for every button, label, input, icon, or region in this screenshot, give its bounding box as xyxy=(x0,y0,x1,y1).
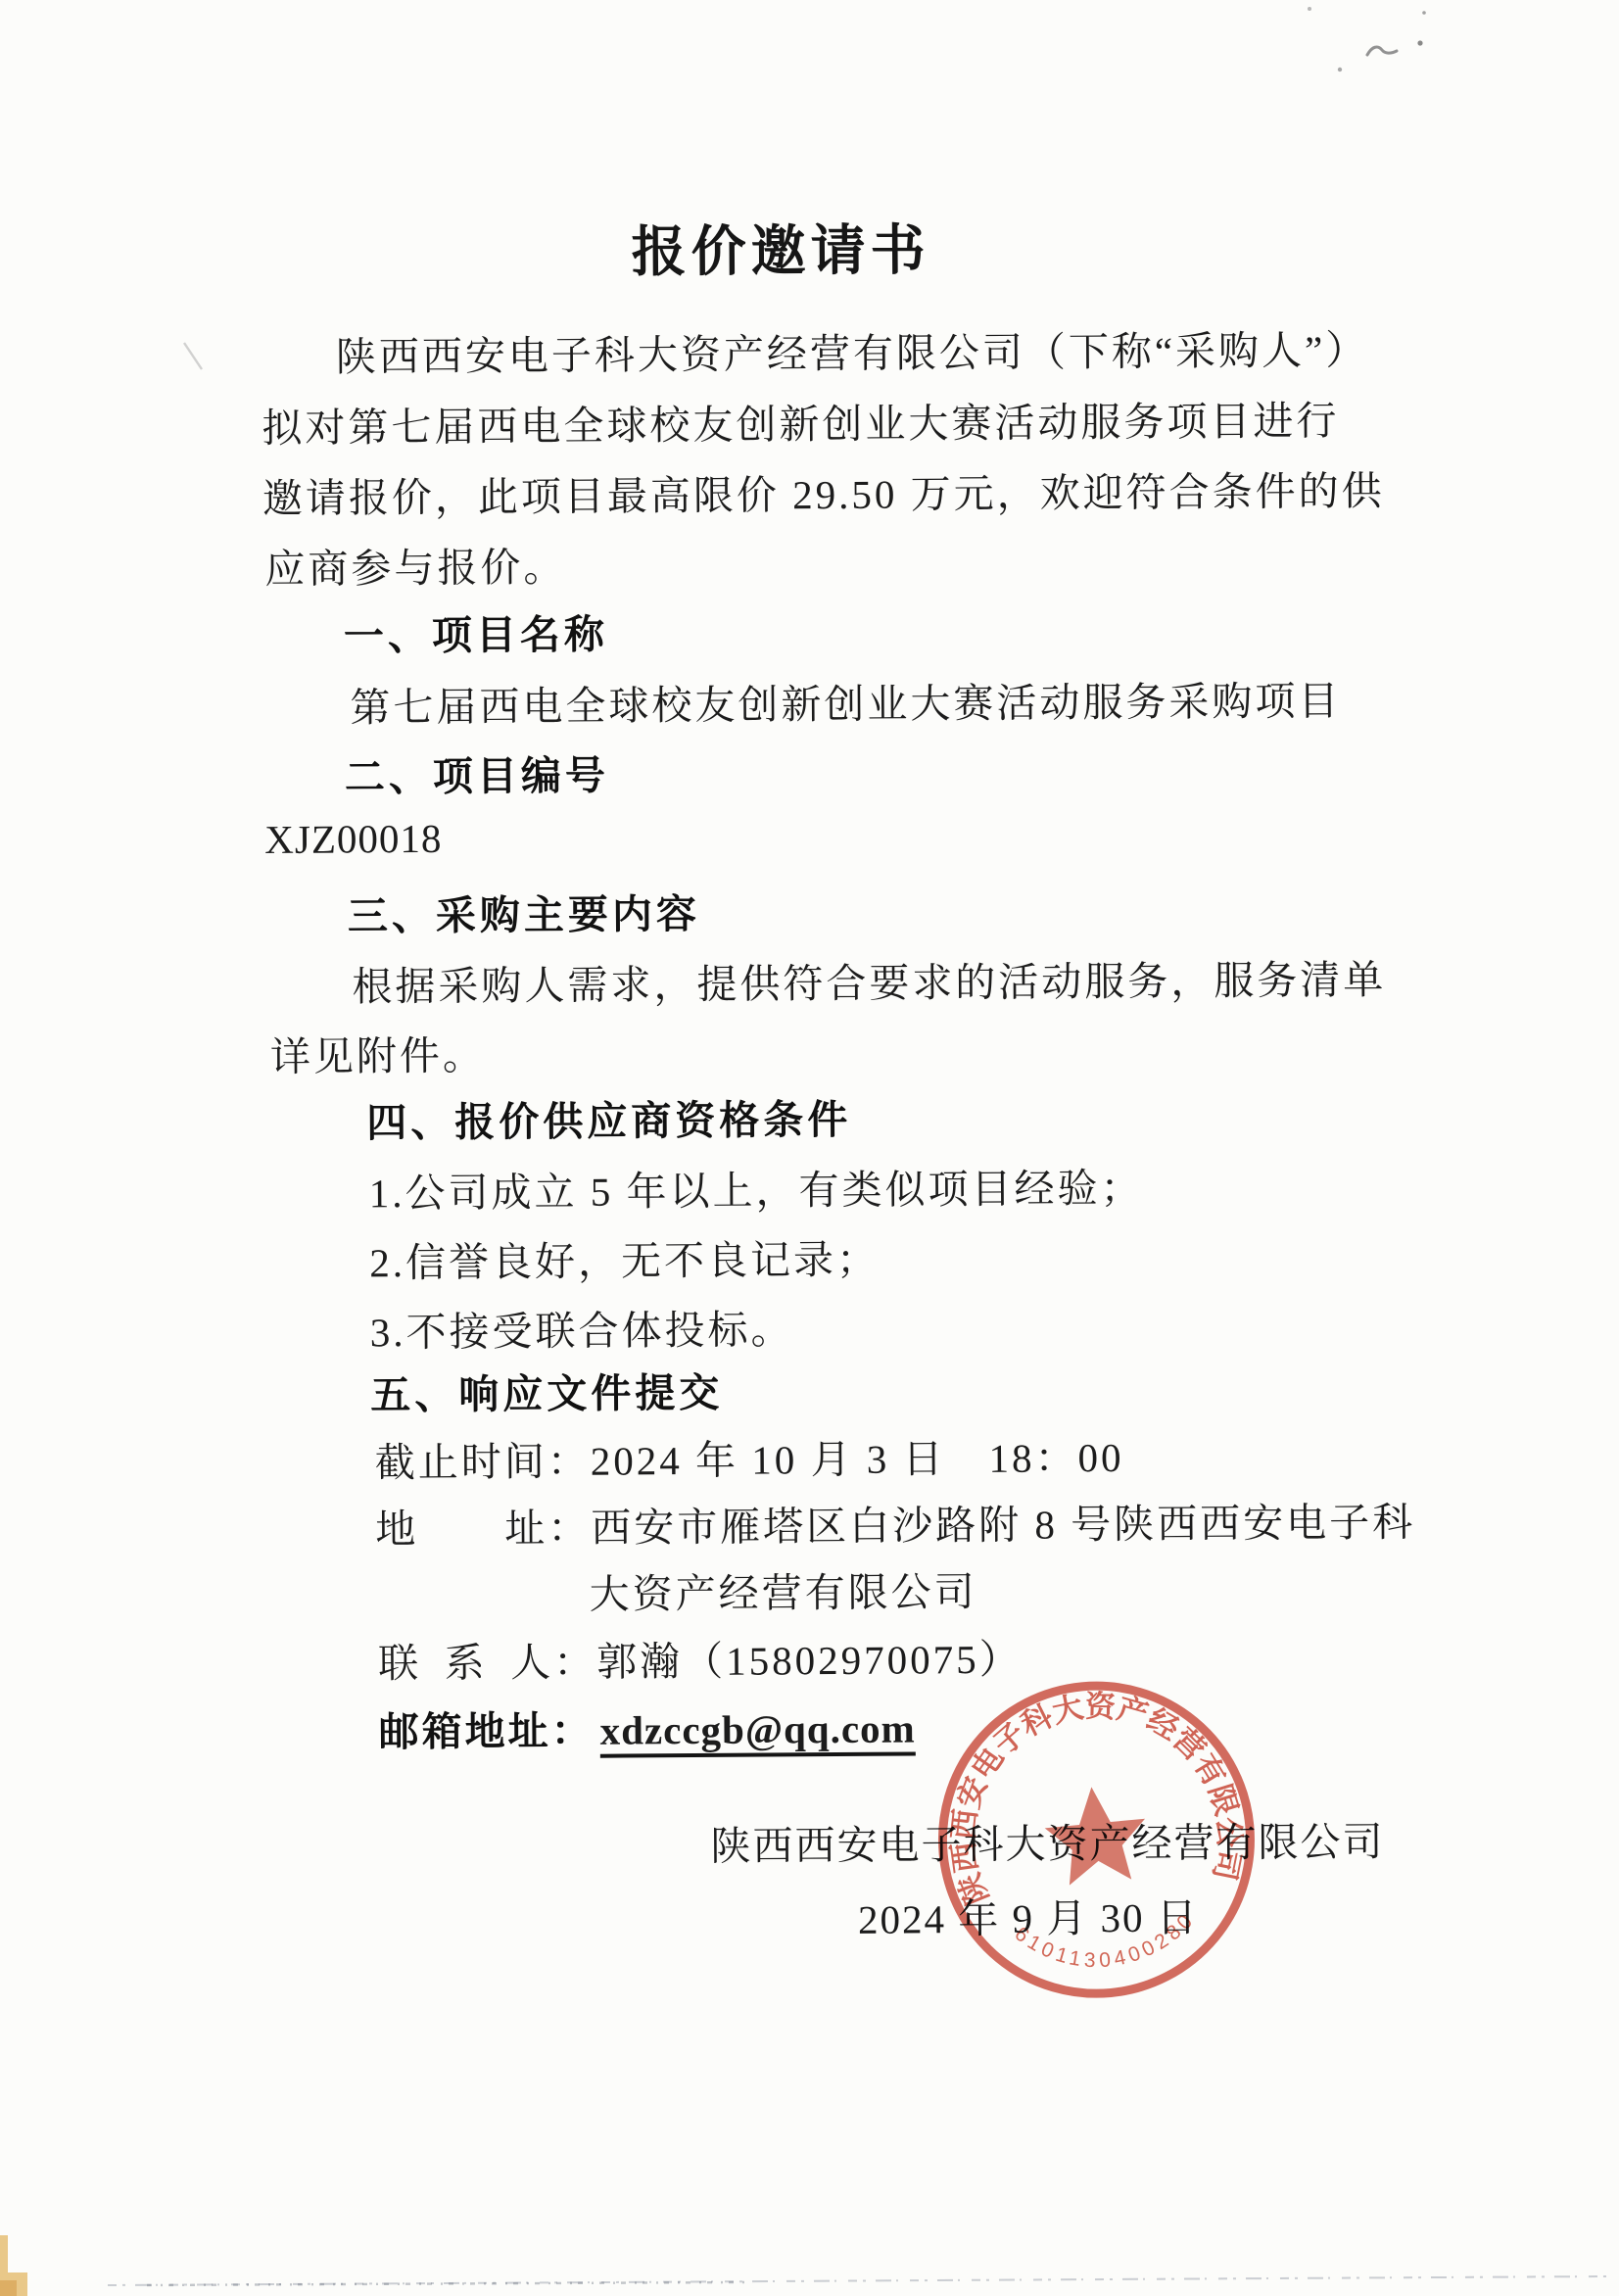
deadline-label: 截止时间： xyxy=(375,1439,591,1486)
address-label: 地 址： xyxy=(375,1506,591,1553)
contact-value: 郭瀚（15802970075） xyxy=(596,1637,1023,1685)
section-5-heading: 五、响应文件提交 xyxy=(370,1361,723,1421)
intro-line-1: 陕西西安电子科大资产经营有限公司（下称“采购人”） xyxy=(336,317,1369,382)
address-value: 西安市雁塔区白沙路附 8 号陕西西安电子科 xyxy=(591,1500,1415,1551)
section-3-heading: 三、采购主要内容 xyxy=(348,882,700,942)
intro-line-4: 应商参与报价。 xyxy=(264,535,566,595)
section-3-line-2: 详见附件。 xyxy=(270,1023,486,1082)
scanned-quotation-invitation-page: 报价邀请书 陕西西安电子科大资产经营有限公司（下称“采购人”） 拟对第七届西电全… xyxy=(0,0,1619,2296)
intro-line-3: 邀请报价，此项目最高限价 29.50 万元，欢迎符合条件的供 xyxy=(262,458,1385,524)
page-title: 报价邀请书 xyxy=(262,205,1301,290)
section-3-line-1: 根据采购人需求，提供符合要求的活动服务，服务清单 xyxy=(352,947,1386,1012)
contact-row: 联 系 人：郭瀚（15802970075） xyxy=(378,1627,1023,1690)
section-1-content: 第七届西电全球校友创新创业大赛活动服务采购项目 xyxy=(350,668,1341,733)
email-label: 邮箱地址： xyxy=(379,1708,595,1755)
document-content: 报价邀请书 陕西西安电子科大资产经营有限公司（下称“采购人”） 拟对第七届西电全… xyxy=(0,0,1619,2296)
deadline-value: 2024 年 10 月 3 日 xyxy=(591,1436,946,1484)
address-row: 地 址：西安市雁塔区白沙路附 8 号陕西西安电子科 xyxy=(375,1490,1415,1555)
section-4-heading: 四、报价供应商资格条件 xyxy=(366,1087,851,1148)
qualification-item-2: 2.信誉良好，无不良记录； xyxy=(369,1227,880,1289)
intro-line-2: 拟对第七届西电全球校友创新创业大赛活动服务项目进行 xyxy=(262,388,1339,454)
email-address: xdzccgb@qq.com xyxy=(600,1705,916,1757)
company-seal-stamp: 陕西西安电子科大资产经营有限公司 6101130400280 xyxy=(913,1656,1280,2024)
deadline-row: 截止时间：2024 年 10 月 3 日18：00 xyxy=(375,1425,1124,1488)
section-1-heading: 一、项目名称 xyxy=(344,602,608,662)
project-number: XJZ00018 xyxy=(264,815,442,863)
contact-label: 联 系 人： xyxy=(378,1640,596,1687)
address-continuation: 大资产经营有限公司 xyxy=(589,1559,976,1620)
star-icon xyxy=(1041,1783,1151,1888)
qualification-item-1: 1.公司成立 5 年以上，有类似项目经验； xyxy=(369,1156,1144,1220)
section-2-heading: 二、项目编号 xyxy=(345,743,609,803)
deadline-time: 18：00 xyxy=(988,1435,1123,1481)
email-row: 邮箱地址：xdzccgb@qq.com xyxy=(378,1696,915,1757)
qualification-item-3: 3.不接受联合体投标。 xyxy=(370,1297,794,1358)
